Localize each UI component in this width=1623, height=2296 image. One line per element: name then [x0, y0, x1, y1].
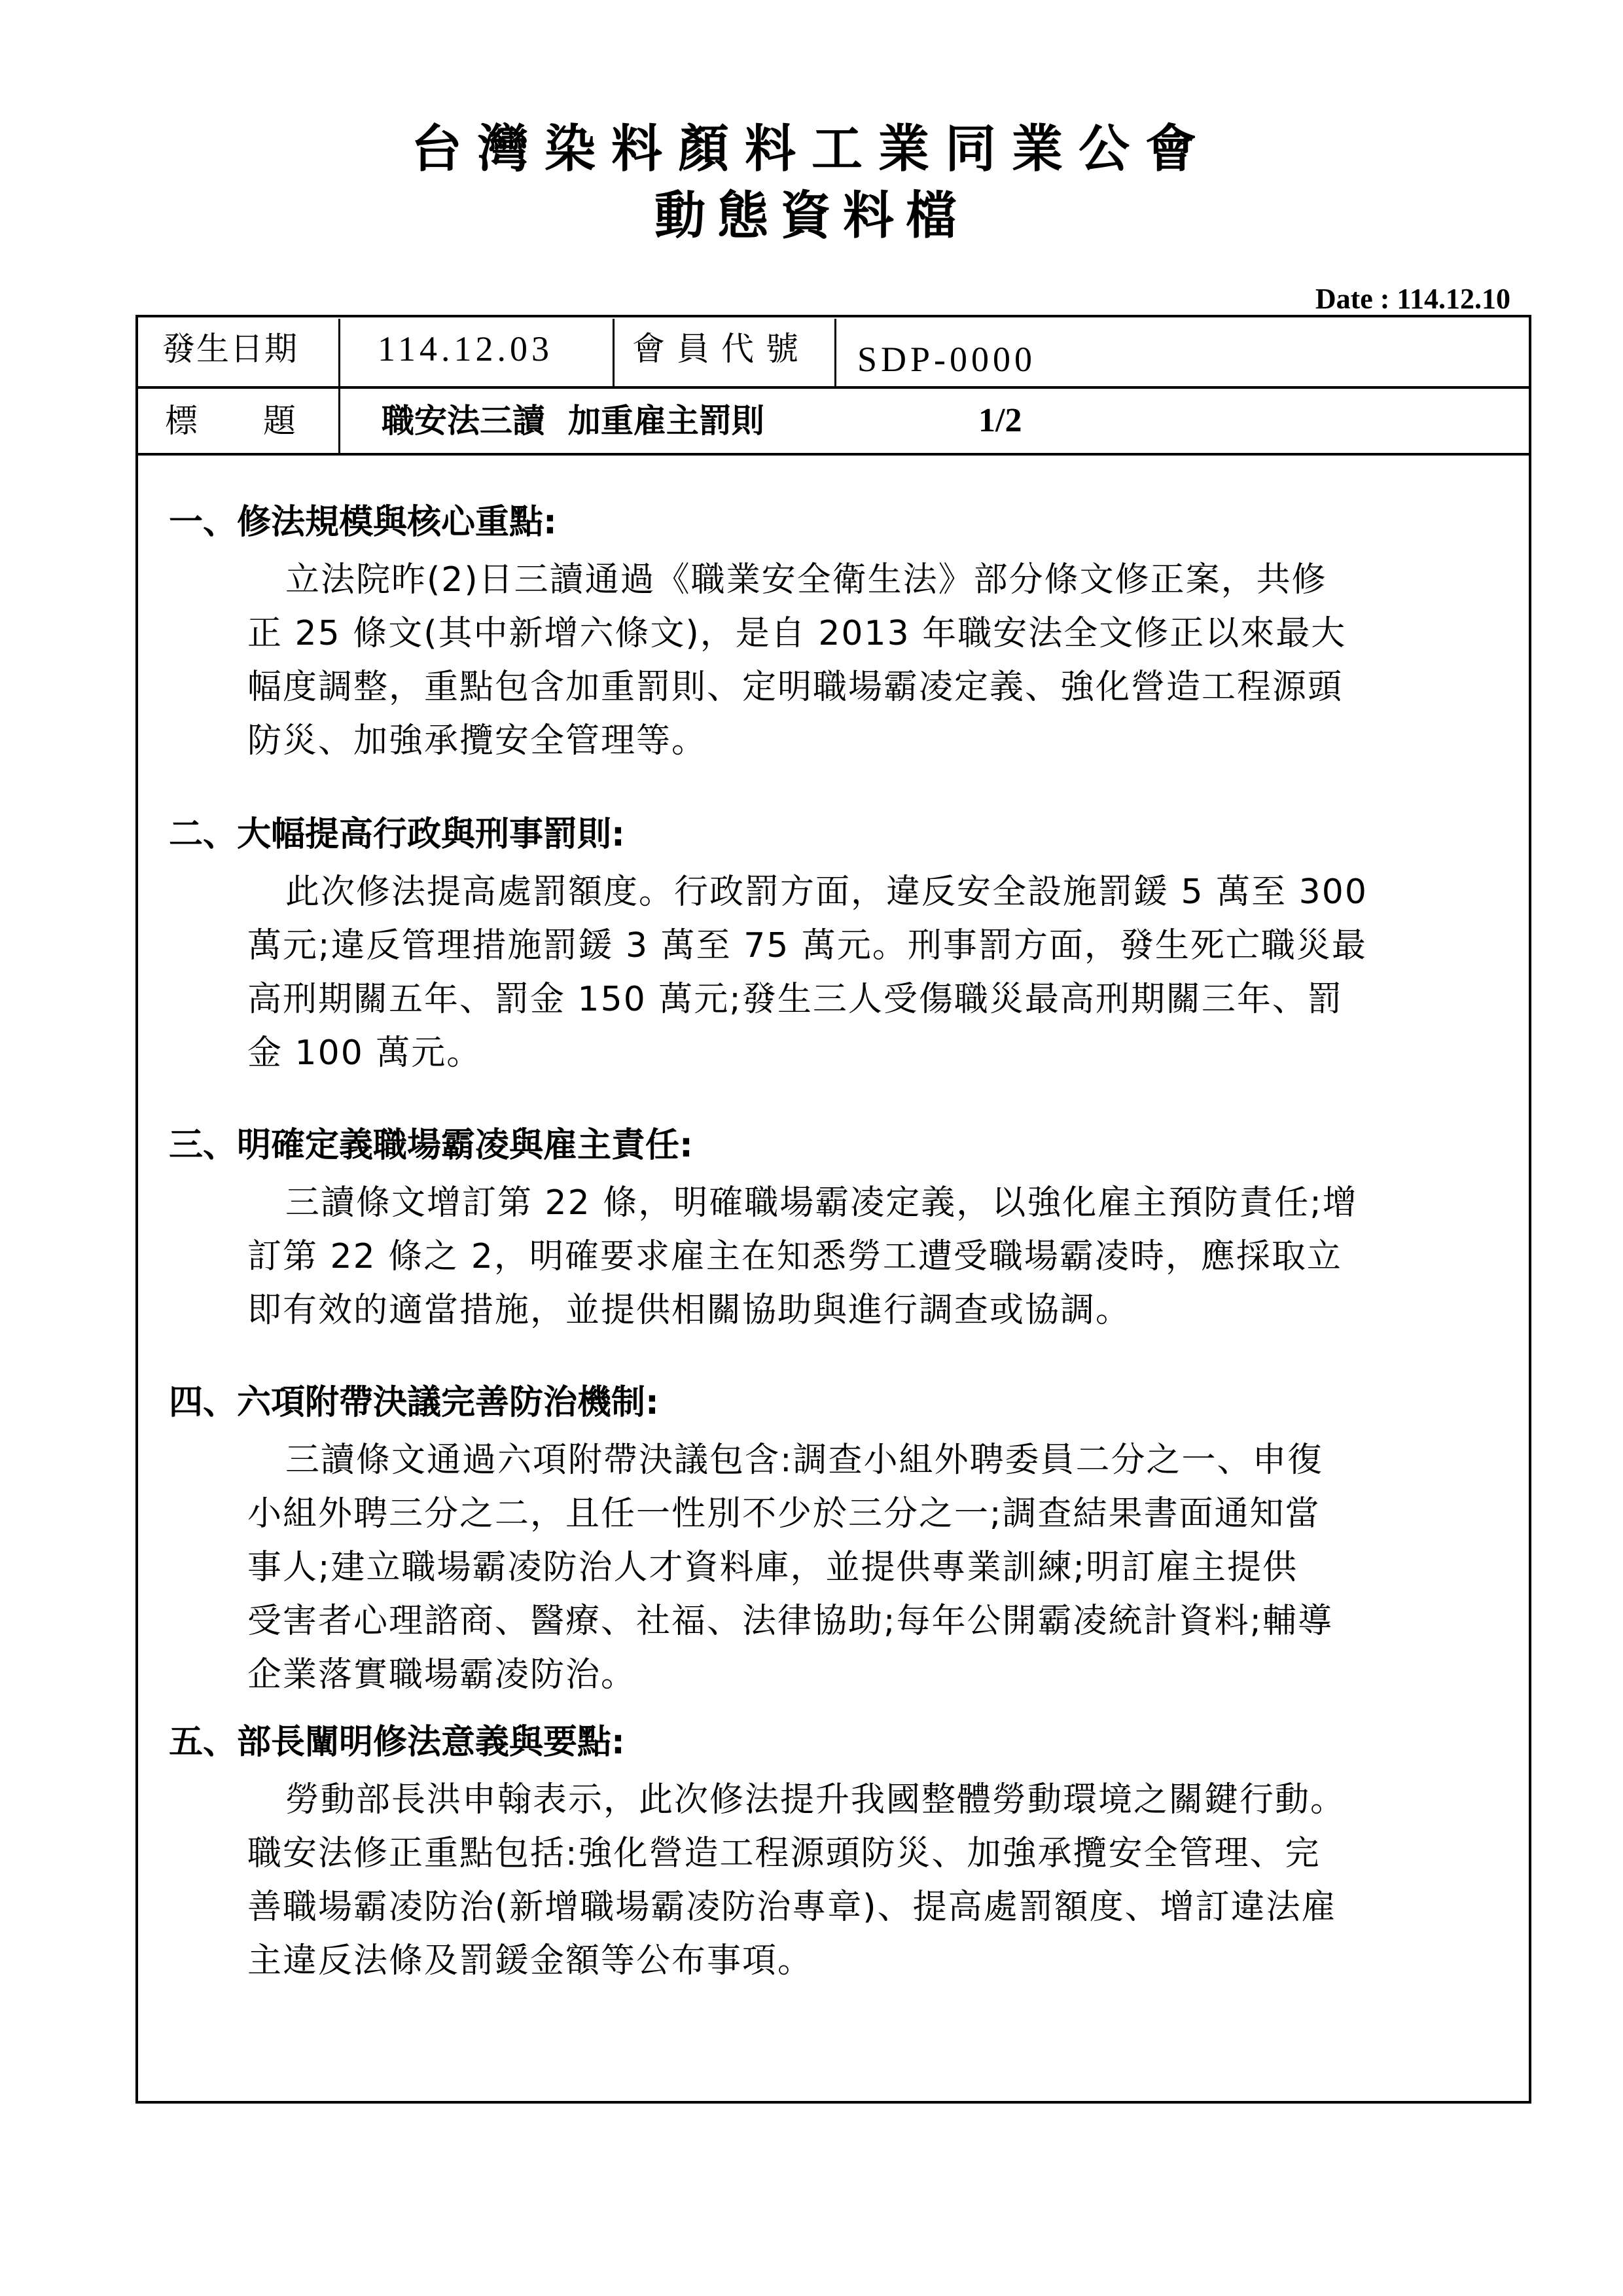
occurrence-date-value: 114.12.03: [378, 313, 553, 385]
body-line: 防災、加強承攬安全管理等。: [247, 714, 1491, 768]
section-body: 三讀條文增訂第 22 條，明確職場霸凌定義，以強化雇主預防責任;增訂第 22 條…: [247, 1176, 1491, 1337]
text-run: 小組外聘三分之二，且任一性別不少於三分之一;調: [247, 1494, 1038, 1534]
text-run: 三讀條文通過六項附帶決議包含:調: [285, 1441, 829, 1480]
column-divider-date: [613, 319, 615, 387]
column-divider-label: [338, 319, 340, 454]
row-divider-1: [135, 386, 1531, 389]
section-body: 此次修法提高處罰額度。行政罰方面，違反安全設施罰鍰 5 萬至 300萬元;違反管…: [247, 865, 1491, 1080]
text-run: 小組外聘委員二分之一、申復: [864, 1441, 1323, 1480]
section-body: 三讀條文通過六項附帶決議包含:調查小組外聘委員二分之一、申復小組外聘三分之二，且…: [247, 1433, 1491, 1702]
alt-font-glyph: 查: [829, 1441, 864, 1480]
text-run: 或協調。: [990, 1291, 1131, 1330]
page-indicator: 1/2: [978, 385, 1022, 457]
body-line: 三讀條文通過六項附帶決議包含:調查小組外聘委員二分之一、申復: [247, 1433, 1491, 1487]
section-heading: 一、修法規模與核心重點:: [169, 495, 557, 549]
body-line: 萬元;違反管理措施罰鍰 3 萬至 75 萬元。刑事罰方面，發生死亡職災最: [247, 919, 1491, 973]
text-run: 結果書面通知當: [1073, 1494, 1321, 1534]
body-line: 受害者心理諮商、醫療、社福、法律協助;每年公開霸凌統計資料;輔導: [247, 1594, 1491, 1648]
print-date: Date : 114.12.10: [1315, 283, 1510, 315]
subject-value: 職安法三讀 加重雇主罰則: [382, 385, 764, 457]
body-line: 此次修法提高處罰額度。行政罰方面，違反安全設施罰鍰 5 萬至 300: [247, 865, 1491, 919]
body-line: 勞動部長洪申翰表示，此次修法提升我國整體勞動環境之關鍵行動。: [247, 1773, 1491, 1827]
body-line: 即有效的適當措施，並提供相關協助與進行調查或協調。: [247, 1283, 1491, 1337]
column-divider-member-label: [834, 319, 836, 387]
text-run: 即有效的適當措施，並提供相關協助與進行調: [247, 1291, 954, 1330]
section-body: 勞動部長洪申翰表示，此次修法提升我國整體勞動環境之關鍵行動。職安法修正重點包括:…: [247, 1773, 1491, 1988]
body-line: 正 25 條文(其中新增六條文)，是自 2013 年職安法全文修正以來最大: [247, 607, 1491, 660]
body-line: 小組外聘三分之二，且任一性別不少於三分之一;調查結果書面通知當: [247, 1487, 1491, 1541]
body-line: 職安法修正重點包括:強化營造工程源頭防災、加強承攬安全管理、完: [247, 1827, 1491, 1880]
occurrence-date-label: 發生日期: [162, 313, 298, 385]
body-line: 善職場霸凌防治(新增職場霸凌防治專章)、提高處罰額度、增訂違法雇: [247, 1880, 1491, 1934]
subject-label: 標 題: [165, 385, 296, 457]
section-heading: 四、六項附帶決議完善防治機制:: [169, 1376, 659, 1429]
section-heading: 二、大幅提高行政與刑事罰則:: [169, 808, 625, 861]
document-title: 動態資料檔: [0, 183, 1623, 249]
row-divider-2: [135, 453, 1531, 456]
body-line: 高刑期關五年、罰金 150 萬元;發生三人受傷職災最高刑期關三年、罰: [247, 973, 1491, 1026]
body-line: 主違反法條及罰鍰金額等公布事項。: [247, 1934, 1491, 1988]
alt-font-glyph: 查: [954, 1291, 990, 1330]
body-line: 訂第 22 條之 2，明確要求雇主在知悉勞工遭受職場霸凌時，應採取立: [247, 1230, 1491, 1283]
body-line: 幅度調整，重點包含加重罰則、定明職場霸凌定義、強化營造工程源頭: [247, 660, 1491, 714]
organization-title: 台灣染料顏料工業同業公會: [0, 117, 1623, 182]
body-line: 立法院昨(2)日三讀通過《職業安全衛生法》部分條文修正案，共修: [247, 553, 1491, 607]
section-heading: 三、明確定義職場霸凌與雇主責任:: [169, 1119, 693, 1172]
body-line: 三讀條文增訂第 22 條，明確職場霸凌定義，以強化雇主預防責任;增: [247, 1176, 1491, 1230]
body-line: 金 100 萬元。: [247, 1026, 1491, 1080]
section-body: 立法院昨(2)日三讀通過《職業安全衛生法》部分條文修正案，共修正 25 條文(其…: [247, 553, 1491, 768]
section-heading: 五、部長闡明修法意義與要點:: [169, 1715, 625, 1769]
body-line: 事人;建立職場霸凌防治人才資料庫，並提供專業訓練;明訂雇主提供: [247, 1541, 1491, 1594]
alt-font-glyph: 查: [1038, 1494, 1073, 1534]
member-code-label: 會員代號: [632, 313, 810, 385]
body-line: 企業落實職場霸凌防治。: [247, 1648, 1491, 1702]
